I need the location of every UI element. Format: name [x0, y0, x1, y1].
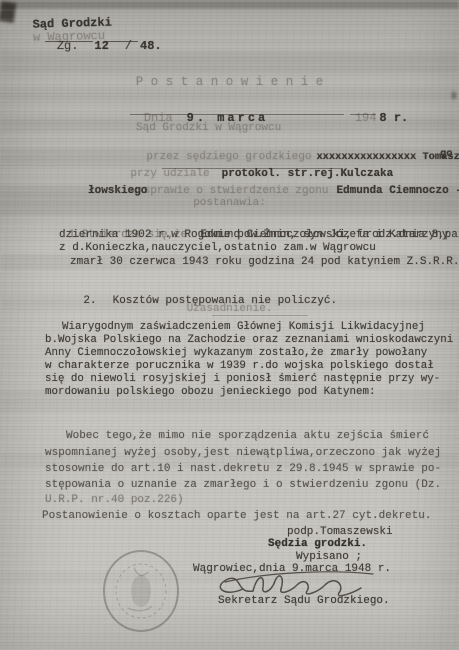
- case-typed: Edmunda Ciemnoczo -: [328, 185, 459, 197]
- underline: [162, 168, 342, 169]
- date-year: 1948 r.: [326, 99, 408, 138]
- round-seal-stamp: [98, 548, 184, 634]
- scanned-court-document: Sąd Grodzki w Wągrowcu Zg.12/48. P o s t…: [0, 0, 459, 650]
- underline: [104, 41, 138, 42]
- underline: [212, 315, 308, 316]
- justification-line: się do niewoli rosyjskiej i poniosł śmie…: [45, 373, 440, 386]
- ink-speck: [452, 92, 456, 99]
- costs-line: Postanowienie o kosztach oparte jest na …: [42, 510, 431, 523]
- conclusion-line: U.R.P. nr.40 poz.226): [45, 494, 184, 507]
- case-number-line: Zg.12/48.: [28, 27, 170, 66]
- underline: [350, 114, 376, 115]
- signed-title: Sędzia grodzki.: [268, 538, 367, 551]
- justification-line: Anny Ciemnoczołowskiej wykazanym zostało…: [45, 347, 427, 360]
- preamble-court-line: Sąd Grodzki w Wągrowcu: [136, 122, 281, 135]
- justification-line: w charakterze porucznika w 1939 r.do woj…: [45, 360, 434, 373]
- justification-line: mordowaniu polskiego obozu jenieckiego p…: [45, 386, 375, 399]
- conclusion-line: wspomnianej wyżej osoby,jest niewątpliwa…: [45, 447, 441, 460]
- conclusion-line: stępowania o uznanie za zmarłego i o stw…: [45, 479, 441, 492]
- handwritten-signature: [195, 563, 380, 608]
- underline: [130, 114, 344, 115]
- justification-line: Wiarygodnym zaświadczeniem Głównej Komis…: [62, 321, 425, 334]
- justification-line: b.Wojska Polskiego na Zachodzie oraz zez…: [45, 334, 453, 347]
- judge-typed-suffix: go: [440, 148, 452, 161]
- conclusion-line: stosownie do art.10 i nast.dekretu z 29.…: [45, 463, 441, 476]
- conclusion-line: Wobec tego,że mimo nie sporządzenia aktu…: [66, 430, 429, 443]
- ruling-item1-line3: z d.Konieczka,nauczyciel,ostatnio zam.w …: [59, 242, 376, 255]
- ruling-item1-line4: zmarł 30 czerwca 1943 roku godzina 24 po…: [70, 256, 459, 269]
- document-title: P o s t a n o w i e n i e: [0, 76, 459, 89]
- ruling-item1-line2: dziernika 1902 r.w Rogowie pow.Żnin, syn…: [59, 229, 448, 242]
- date-year-typed: 8 r.: [376, 111, 408, 125]
- case-label: w sprawie o stwierdzenie zgonu: [130, 185, 328, 197]
- resolves-heading: postanawia:: [0, 197, 459, 210]
- underline: [45, 41, 93, 42]
